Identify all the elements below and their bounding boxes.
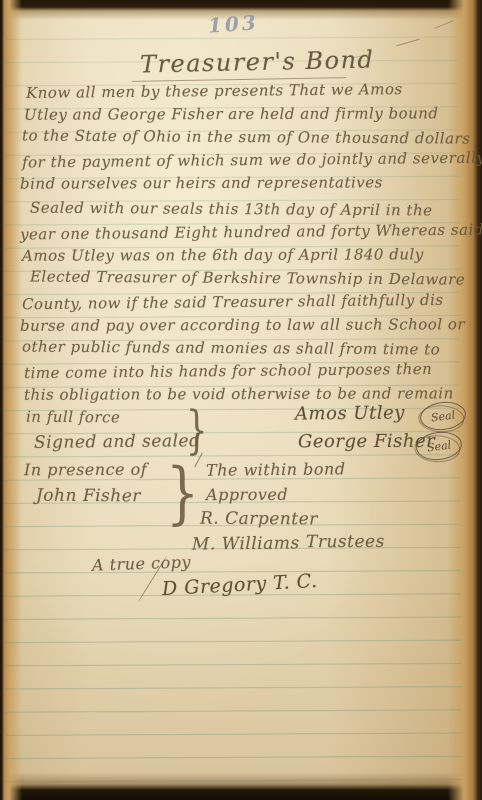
true-copy-label: A true copy: [92, 552, 192, 574]
body-line: Elected Treasurer of Berkshire Township …: [30, 267, 465, 288]
scanned-ledger-page: 103 Treasurer's Bond Know all men by the…: [0, 0, 482, 800]
witness-signature-john-fisher: John Fisher: [36, 486, 141, 507]
signed-and-sealed-label: Signed and sealed: [34, 431, 201, 453]
signature-amos-utley: Amos Utley: [295, 402, 405, 424]
body-line: to the State of Ohio in the sum of One t…: [22, 126, 471, 147]
seal-text: Seal: [430, 408, 456, 424]
trustees-label: Trustees: [306, 532, 385, 552]
body-line: Utley and George Fisher are held and fir…: [24, 104, 439, 123]
body-line: Sealed with our seals this 13th day of A…: [30, 199, 433, 220]
approval-line: The within bond: [206, 459, 346, 479]
trustee-signature-r-carpenter: R. Carpenter: [200, 509, 318, 530]
in-presence-of-label: In presence of: [24, 460, 147, 479]
approval-line: Approved: [206, 485, 288, 504]
body-line: burse and pay over according to law all …: [20, 315, 465, 335]
page-number: 103: [207, 10, 259, 37]
page-title: Treasurer's Bond: [140, 46, 375, 79]
body-line: this obligation to be void otherwise to …: [24, 384, 454, 403]
brace-icon: }: [166, 460, 199, 528]
trustee-signature-m-williams: M. Williams: [192, 533, 300, 554]
body-line: Amos Utley was on the 6th day of April 1…: [22, 245, 424, 264]
brace-icon: }: [186, 406, 208, 457]
body-line: bind ourselves our heirs and representat…: [20, 173, 383, 192]
body-line: in full force: [26, 408, 120, 427]
body-line: other public funds and monies as shall f…: [22, 338, 440, 359]
seal-text: Seal: [426, 438, 452, 454]
